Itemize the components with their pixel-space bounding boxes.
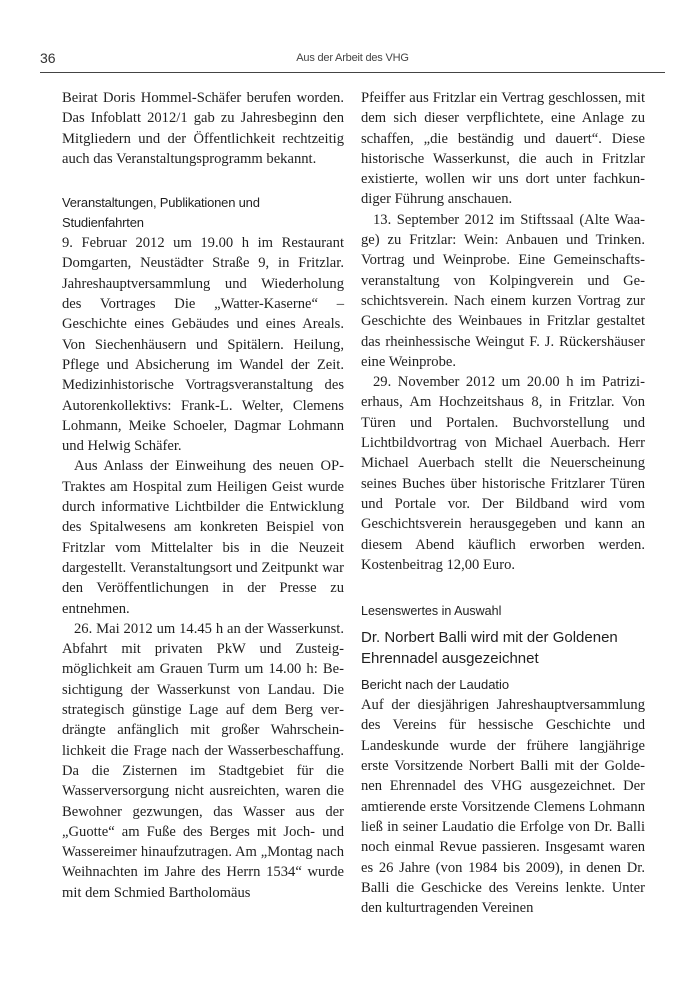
article-subtitle: Bericht nach der Laudatio (361, 675, 645, 695)
article-title: Dr. Norbert Balli wird mit der Goldenen … (361, 627, 645, 669)
section-heading-events: Veranstaltungen, Publikationen und Studi… (62, 193, 344, 233)
event-february: 9. Februar 2012 um 19.00 h im Restaurant… (62, 233, 344, 456)
event-september: 13. September 2012 im Stiftssaal (Alte W… (361, 210, 645, 372)
op-paragraph: Aus Anlass der Einweihung des neuen OP-T… (62, 456, 344, 618)
page-header: 36 Aus der Arbeit des VHG (40, 48, 665, 73)
event-may: 26. Mai 2012 um 14.45 h an der Wasser­ku… (62, 619, 344, 903)
event-november: 29. November 2012 um 20.00 h im Patrizi­… (361, 372, 645, 575)
right-column: Pfeiffer aus Fritzlar ein Vertrag geschl… (361, 88, 645, 918)
running-title: Aus der Arbeit des VHG (40, 52, 665, 64)
section-heading-reading: Lesenswertes in Auswahl (361, 601, 645, 621)
left-column: Beirat Doris Hommel-Schäfer berufen wor­… (62, 88, 344, 903)
continuation-paragraph: Pfeiffer aus Fritzlar ein Vertrag geschl… (361, 88, 645, 210)
article-body: Auf der diesjährigen Jahreshauptversamm­… (361, 695, 645, 918)
intro-paragraph: Beirat Doris Hommel-Schäfer berufen wor­… (62, 88, 344, 169)
